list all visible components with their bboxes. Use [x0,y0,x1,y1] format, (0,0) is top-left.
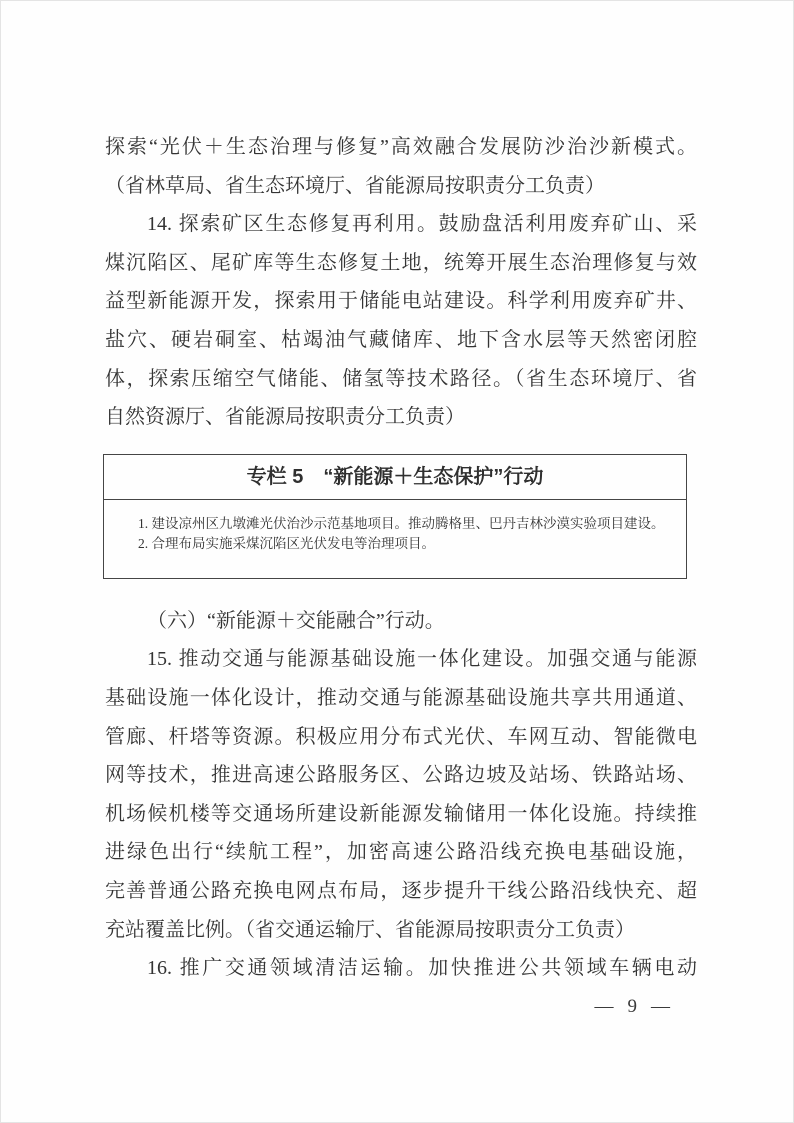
text-line: 充站覆盖比例。（省交通运输厅、省能源局按职责分工负责） [105,911,697,950]
document-page: 探索“光伏＋生态治理与修复”高效融合发展防沙治沙新模式。 （省林草局、省生态环境… [0,0,794,1123]
feature-box-items: 1. 建设凉州区九墩滩光伏治沙示范基地项目。推动腾格里、巴丹吉林沙漠实验项目建设… [104,500,686,578]
text-line: 14. 探索矿区生态修复再利用。鼓励盘活利用废弃矿山、采 [105,205,697,244]
text-line: 益型新能源开发，探索用于储能电站建设。科学利用废弃矿井、 [105,282,697,321]
text-line: 煤沉陷区、尾矿库等生态修复土地，统筹开展生态治理修复与效 [105,244,697,283]
feature-box-title: 专栏 5 “新能源＋生态保护”行动 [104,455,686,500]
document-body: 探索“光伏＋生态治理与修复”高效融合发展防沙治沙新模式。 （省林草局、省生态环境… [105,128,697,988]
text-line: 探索“光伏＋生态治理与修复”高效融合发展防沙治沙新模式。 [105,128,697,167]
text-line: 网等技术，推进高速公路服务区、公路边坡及站场、铁路站场、 [105,756,697,795]
text-line: 机场候机楼等交通场所建设新能源发输储用一体化设施。持续推 [105,795,697,834]
text-line: 基础设施一体化设计，推动交通与能源基础设施共享共用通道、 [105,679,697,718]
feature-box-item: 1. 建设凉州区九墩滩光伏治沙示范基地项目。推动腾格里、巴丹吉林沙漠实验项目建设… [138,514,680,534]
section-heading: （六）“新能源＋交能融合”行动。 [105,602,697,641]
text-line: （省林草局、省生态环境厅、省能源局按职责分工负责） [105,167,697,206]
feature-box-item: 2. 合理布局实施采煤沉陷区光伏发电等治理项目。 [138,534,680,554]
text-line: 进绿色出行“续航工程”，加密高速公路沿线充换电基础设施， [105,833,697,872]
text-line: 盐穴、硬岩硐室、枯竭油气藏储库、地下含水层等天然密闭腔 [105,321,697,360]
text-line: 15. 推动交通与能源基础设施一体化建设。加强交通与能源 [105,640,697,679]
text-line: 16. 推广交通领域清洁运输。加快推进公共领域车辆电动 [105,949,697,988]
page-footer: —9— [595,996,671,1018]
page-number: 9 [628,996,638,1018]
footer-dash-left: — [595,996,614,1018]
text-line: 完善普通公路充换电网点布局，逐步提升干线公路沿线快充、超 [105,872,697,911]
footer-dash-right: — [651,996,670,1018]
text-line: 自然资源厅、省能源局按职责分工负责） [105,398,697,437]
feature-box-column-5: 专栏 5 “新能源＋生态保护”行动 1. 建设凉州区九墩滩光伏治沙示范基地项目。… [103,454,687,579]
text-line: 体，探索压缩空气储能、储氢等技术路径。（省生态环境厅、省 [105,360,697,399]
text-line: 管廊、杆塔等资源。积极应用分布式光伏、车网互动、智能微电 [105,718,697,757]
